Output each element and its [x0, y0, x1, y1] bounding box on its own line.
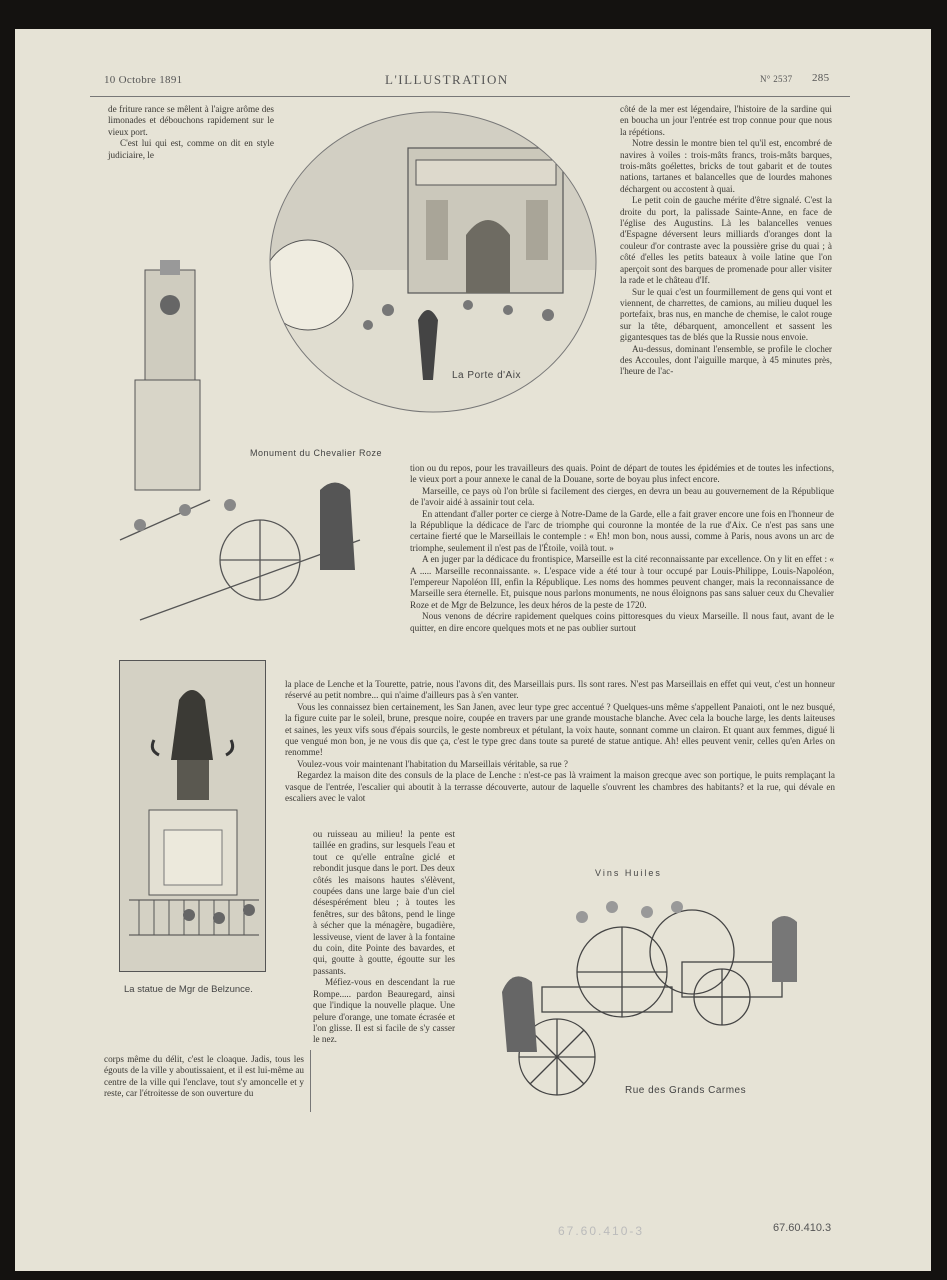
paragraph: Vous les connaissez bien certainement, l…	[285, 702, 835, 759]
paragraph: Notre dessin le montre bien tel qu'il es…	[620, 138, 832, 195]
paragraph: corps même du délit, c'est le cloaque. J…	[104, 1054, 304, 1100]
caption-statue-belzunce: La statue de Mgr de Belzunce.	[124, 984, 253, 995]
paragraph: Regardez la maison dite des consuls de l…	[285, 770, 835, 804]
caption-rue-carmes: Rue des Grands Carmes	[625, 1085, 746, 1096]
column-divider	[310, 1050, 311, 1112]
illustration-rue-carmes	[482, 862, 822, 1102]
inventory-stamp: 67.60.410.3	[773, 1222, 831, 1234]
col-left-top: de friture rance se mêlent à l'aigre arô…	[108, 104, 274, 161]
paragraph: Voulez-vous voir maintenant l'habitation…	[285, 759, 835, 770]
paragraph: Au-dessus, dominant l'ensemble, se profi…	[620, 344, 832, 378]
col-narrow: ou ruisseau au milieu! la pente est tail…	[313, 829, 455, 1046]
col-wide-mid: tion ou du repos, pour les travailleurs …	[410, 463, 834, 634]
paragraph: tion ou du repos, pour les travailleurs …	[410, 463, 834, 486]
paragraph: ou ruisseau au milieu! la pente est tail…	[313, 829, 455, 977]
illustration-statue-belzunce	[119, 660, 266, 972]
shop-sign-vins-huiles: Vins Huiles	[595, 868, 662, 878]
paragraph: la place de Lenche et la Tourette, patri…	[285, 679, 835, 702]
paragraph: Nous venons de décrire rapidement quelqu…	[410, 611, 834, 634]
caption-monument-roze: Monument du Chevalier Roze	[250, 448, 382, 458]
caption-porte-aix: La Porte d'Aix	[452, 370, 521, 381]
header-date: 10 Octobre 1891	[104, 74, 182, 86]
paragraph: En attendant d'aller porter ce cierge à …	[410, 509, 834, 555]
paragraph: C'est lui qui est, comme on dit en style…	[108, 138, 274, 161]
paragraph: de friture rance se mêlent à l'aigre arô…	[108, 104, 274, 138]
paragraph: Méfiez-vous en descendant la rue Rompe..…	[313, 977, 455, 1045]
paragraph: Le petit coin de gauche mérite d'être si…	[620, 195, 832, 286]
header-rule	[90, 96, 850, 97]
paragraph: A en juger par la dédicace du frontispic…	[410, 554, 834, 611]
col-wider: la place de Lenche et la Tourette, patri…	[285, 679, 835, 804]
paragraph: Sur le quai c'est un fourmillement de ge…	[620, 287, 832, 344]
illustration-monument-roze	[100, 240, 410, 640]
pencil-inventory-note: 67.60.410-3	[558, 1224, 644, 1238]
col-left-bottom: corps même du délit, c'est le cloaque. J…	[104, 1054, 304, 1100]
header-title: L'ILLUSTRATION	[385, 72, 509, 88]
paragraph: côté de la mer est légendaire, l'histoir…	[620, 104, 832, 138]
paragraph: Marseille, ce pays où l'on brûle si faci…	[410, 486, 834, 509]
col-right-top: côté de la mer est légendaire, l'histoir…	[620, 104, 832, 378]
header-page-number: 285	[812, 72, 829, 84]
header-issue: N° 2537	[760, 74, 792, 84]
